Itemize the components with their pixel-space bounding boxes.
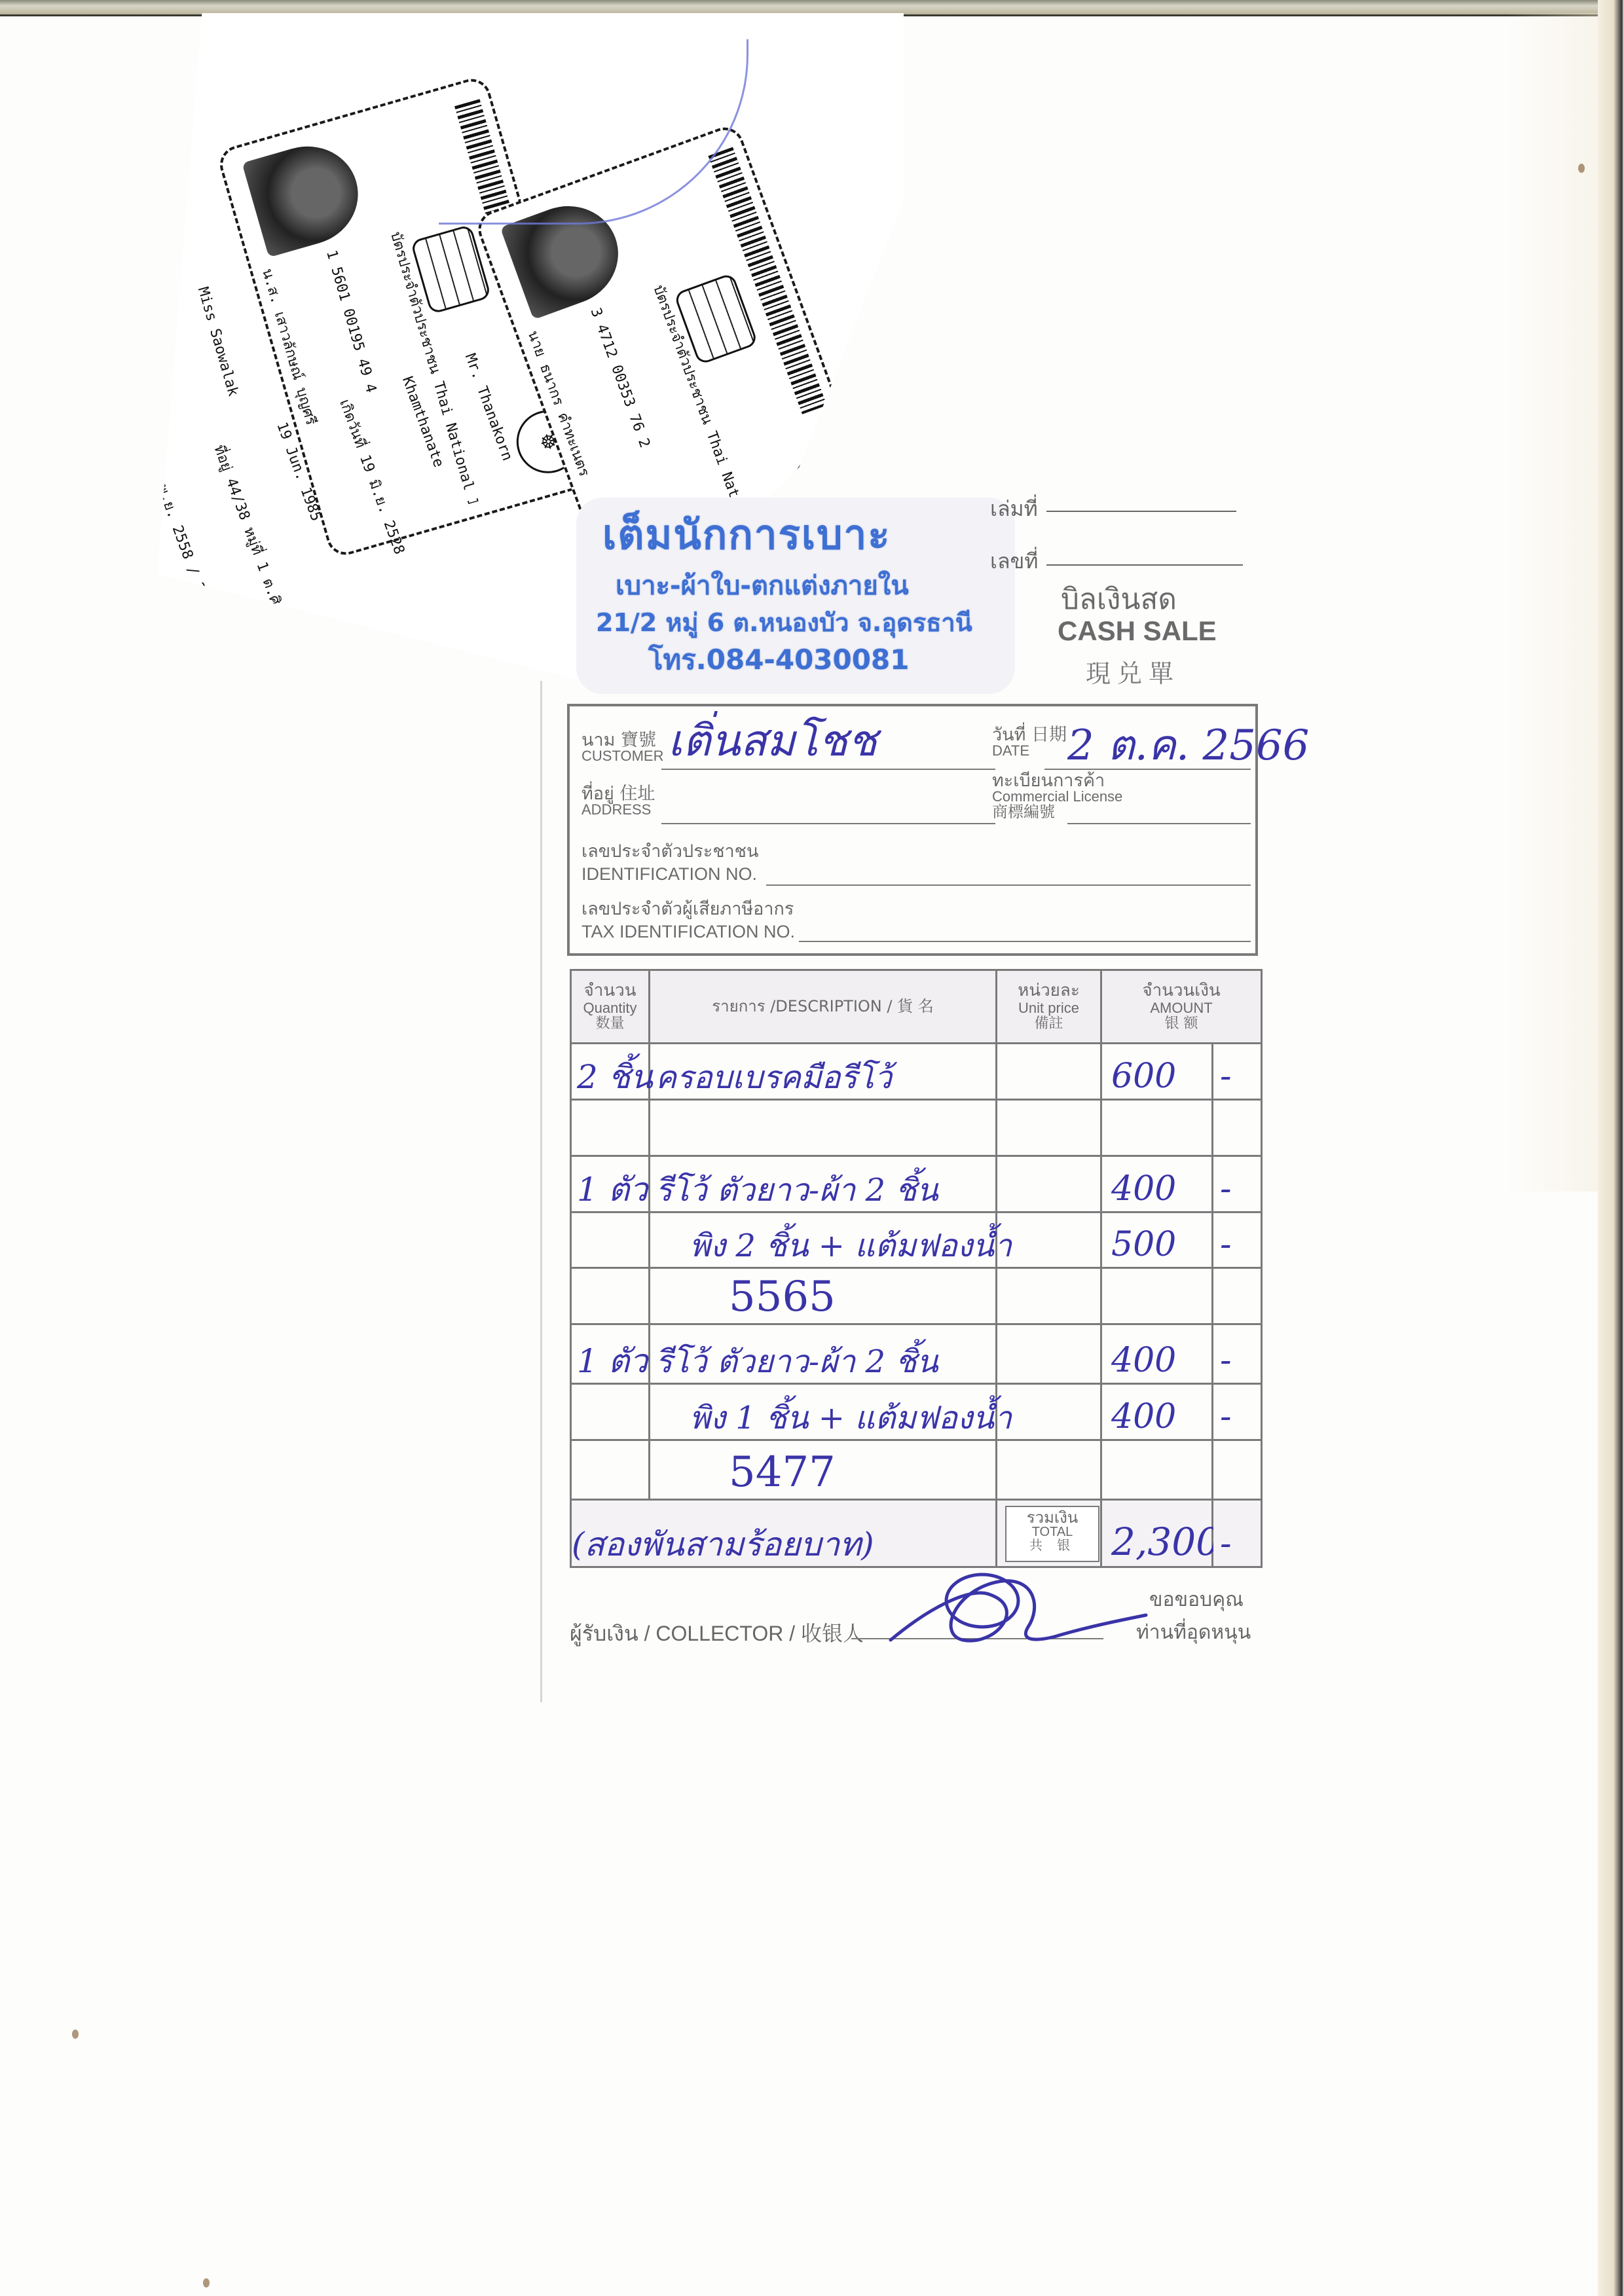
unit-price-cell[interactable] xyxy=(997,1324,1101,1384)
unit-price-cell[interactable] xyxy=(997,1440,1101,1500)
desc-cell[interactable]: รีโว้ ตัวยาว-ผ้า 2 ชิ้น xyxy=(650,1156,997,1212)
id-no-label: เลขประจำตัวประชาชน IDENTIFICATION NO. xyxy=(581,843,758,883)
total-satang: - xyxy=(1220,1527,1232,1561)
date-field[interactable]: 2 ต.ค. 2566 xyxy=(1067,725,1309,767)
total-in-words: (สองพันสามร้อยบาท) xyxy=(572,1528,874,1561)
paper-speck xyxy=(203,2278,210,2287)
qty-cell[interactable]: 2 ชิ้น xyxy=(571,1044,650,1100)
amount-cell[interactable]: 400 xyxy=(1101,1384,1213,1440)
desc-cell[interactable]: 5477 xyxy=(650,1440,997,1500)
qty-cell[interactable] xyxy=(571,1099,650,1156)
desc-value: รีโว้ ตัวยาว-ผ้า 2 ชิ้น xyxy=(655,1346,938,1377)
satang-cell[interactable]: - xyxy=(1213,1324,1262,1384)
amount-cell[interactable]: 600 xyxy=(1101,1044,1213,1100)
id-address: ที่อยู่ 324 หมู่ที่ 2 ต.ดอกคำใต้ อ.ดอกคำ… xyxy=(0,358,33,635)
id-title-th: บัตรประจำตัวประชาชน xyxy=(650,283,715,426)
satang-cell[interactable]: - xyxy=(1213,1044,1262,1100)
satang-value: - xyxy=(1220,1059,1232,1093)
license-field[interactable] xyxy=(1067,823,1251,824)
tax-id-field[interactable] xyxy=(799,941,1251,942)
satang-cell[interactable] xyxy=(1213,1268,1262,1324)
desc-cell[interactable]: 5565 xyxy=(650,1268,997,1324)
desc-cell[interactable]: ครอบเบรคมือรีโว้ xyxy=(650,1044,997,1100)
amount-value: 600 xyxy=(1111,1059,1176,1093)
qty-cell[interactable]: 1 ตัว xyxy=(571,1324,650,1384)
satang-cell[interactable]: - xyxy=(1213,1384,1262,1440)
desc-cell[interactable]: รีโว้ ตัวยาว-ผ้า 2 ชิ้น xyxy=(650,1324,997,1384)
doc-title-en: CASH SALE xyxy=(1058,615,1217,647)
table-row: 1 ตัวรีโว้ ตัวยาว-ผ้า 2 ชิ้น400- xyxy=(571,1324,1262,1384)
total-amount: 2,300 xyxy=(1111,1523,1220,1561)
satang-value: - xyxy=(1220,1343,1232,1377)
col-header-amount: จำนวนเงิน AMOUNT 银 额 xyxy=(1101,970,1262,1044)
amount-value: 500 xyxy=(1111,1228,1176,1262)
id-dob-en: 21 Jul. 1990 xyxy=(0,340,98,617)
shop-stamp: เต็มนักการเบาะ เบาะ-ผ้าใบ-ตกแต่งภายใน 21… xyxy=(576,498,1015,694)
unit-price-cell[interactable] xyxy=(997,1099,1101,1156)
desc-value: รีโว้ ตัวยาว-ผ้า 2 ชิ้น xyxy=(655,1175,938,1206)
satang-value: - xyxy=(1220,1228,1232,1262)
id-dob-th: เกิดวันที่ 21 ก.ค. 2533 xyxy=(63,321,162,598)
stamp-address: 21/2 หมู่ 6 ต.หนองบัว จ.อุดรธานี xyxy=(596,602,972,642)
receipt-paper-edge xyxy=(540,681,542,1702)
tax-id-label: เลขประจำตัวผู้เสียภาษีอากร TAX IDENTIFIC… xyxy=(581,900,795,941)
total-label: รวมเงิน TOTAL 共 银 xyxy=(1005,1506,1099,1562)
unit-price-cell[interactable] xyxy=(997,1044,1101,1100)
qty-cell[interactable] xyxy=(571,1268,650,1324)
satang-cell[interactable] xyxy=(1213,1099,1262,1156)
id-title-th: บัตรประจำตัวประชาชน xyxy=(387,230,443,376)
number-label: เลขที่ xyxy=(990,545,1039,578)
items-table: จำนวน Quantity 数量 รายการ /DESCRIPTION / … xyxy=(570,969,1261,1568)
amount-cell[interactable]: 400 xyxy=(1101,1156,1213,1212)
amount-cell[interactable] xyxy=(1101,1440,1213,1500)
stamp-shop-name: เต็มนักการเบาะ xyxy=(602,503,891,567)
satang-cell[interactable]: - xyxy=(1213,1156,1262,1212)
thanks-line-2: ท่านที่อุดหนุน xyxy=(1136,1617,1251,1648)
scan-right-edge xyxy=(1598,0,1624,2296)
satang-value: - xyxy=(1220,1172,1232,1206)
unit-price-cell[interactable] xyxy=(997,1212,1101,1268)
doc-title-cn: 現兑單 xyxy=(1086,653,1180,689)
satang-cell[interactable] xyxy=(1213,1440,1262,1500)
total-satang-cell: - xyxy=(1213,1500,1262,1567)
col-header-unit-price: หน่วยละ Unit price 備註 xyxy=(997,970,1101,1044)
table-row: พิง 1 ชิ้น + แต้มฟองน้ำ400- xyxy=(571,1384,1262,1440)
table-row: 5477 xyxy=(571,1440,1262,1500)
unit-price-cell[interactable] xyxy=(997,1268,1101,1324)
col-header-quantity: จำนวน Quantity 数量 xyxy=(571,970,650,1044)
desc-value: 5477 xyxy=(729,1451,836,1493)
qty-cell[interactable] xyxy=(571,1440,650,1500)
amount-cell[interactable]: 400 xyxy=(1101,1324,1213,1384)
thanks-line-1: ขอขอบคุณ xyxy=(1149,1584,1244,1615)
amount-cell[interactable] xyxy=(1101,1268,1213,1324)
paper-speck xyxy=(1578,164,1585,173)
id-photo xyxy=(242,134,369,257)
qty-value: 2 ชิ้น xyxy=(577,1061,653,1093)
table-row: 2 ชิ้นครอบเบรคมือรีโว้600- xyxy=(571,1044,1262,1100)
desc-value: พิง 1 ชิ้น + แต้มฟองน้ำ xyxy=(690,1402,1012,1434)
qty-cell[interactable] xyxy=(571,1212,650,1268)
table-row xyxy=(571,1099,1262,1156)
amount-cell[interactable] xyxy=(1101,1099,1213,1156)
table-row: พิง 2 ชิ้น + แต้มฟองน้ำ500- xyxy=(571,1212,1262,1268)
id-no-field[interactable] xyxy=(766,884,1251,886)
desc-cell[interactable] xyxy=(650,1099,997,1156)
col-header-description: รายการ /DESCRIPTION / 貨 名 xyxy=(650,970,997,1044)
total-in-words-cell: (สองพันสามร้อยบาท) xyxy=(571,1500,997,1567)
address-label: ที่อยู่ 住址 ADDRESS xyxy=(581,785,655,817)
desc-value: พิง 2 ชิ้น + แต้มฟองน้ำ xyxy=(690,1230,1012,1262)
stamp-services: เบาะ-ผ้าใบ-ตกแต่งภายใน xyxy=(616,564,909,606)
address-field[interactable] xyxy=(661,823,995,824)
collector-signature xyxy=(877,1568,1153,1653)
table-row: 1 ตัวรีโว้ ตัวยาว-ผ้า 2 ชิ้น400- xyxy=(571,1156,1262,1212)
amount-value: 400 xyxy=(1111,1400,1176,1434)
collector-label: ผู้รับเงิน / COLLECTOR / 收银人 xyxy=(570,1617,864,1650)
qty-value: 1 ตัว xyxy=(577,1173,648,1206)
desc-cell[interactable]: พิง 1 ชิ้น + แต้มฟองน้ำ xyxy=(650,1384,997,1440)
total-amount-cell: 2,300 xyxy=(1101,1500,1213,1567)
amount-cell[interactable]: 500 xyxy=(1101,1212,1213,1268)
unit-price-cell[interactable] xyxy=(997,1156,1101,1212)
book-no-field[interactable] xyxy=(1046,511,1236,512)
customer-info-box: นาม 寶號 CUSTOMER เติ่นสมโชช วันที่ 日期 DAT… xyxy=(567,704,1258,956)
qty-cell[interactable] xyxy=(571,1384,650,1440)
customer-field[interactable]: เติ่นสมโชช xyxy=(668,720,877,763)
table-row: 5565 xyxy=(571,1268,1262,1324)
qty-cell[interactable]: 1 ตัว xyxy=(571,1156,650,1212)
paper-speck xyxy=(72,2030,79,2039)
total-label-cell: รวมเงิน TOTAL 共 银 xyxy=(997,1500,1101,1567)
paper-stain xyxy=(1506,13,1604,1192)
book-no-label: เล่มที่ xyxy=(990,492,1038,526)
amount-value: 400 xyxy=(1111,1343,1176,1377)
satang-value: - xyxy=(1220,1400,1232,1434)
qty-value: 1 ตัว xyxy=(577,1345,648,1377)
amount-value: 400 xyxy=(1111,1172,1176,1206)
desc-cell[interactable]: พิง 2 ชิ้น + แต้มฟองน้ำ xyxy=(650,1212,997,1268)
satang-cell[interactable]: - xyxy=(1213,1212,1262,1268)
stamp-phone: โทร.084-4030081 xyxy=(648,638,909,682)
desc-value: ครอบเบรคมือรีโว้ xyxy=(655,1062,892,1093)
desc-value: 5565 xyxy=(729,1276,836,1318)
license-label: ทะเบียนการค้า Commercial License 商標編號 xyxy=(992,772,1122,820)
customer-label: นาม 寶號 CUSTOMER xyxy=(581,731,664,763)
number-field[interactable] xyxy=(1046,564,1243,566)
customer-field-line xyxy=(661,769,995,770)
unit-price-cell[interactable] xyxy=(997,1384,1101,1440)
date-label: วันที่ 日期 DATE xyxy=(992,726,1067,758)
